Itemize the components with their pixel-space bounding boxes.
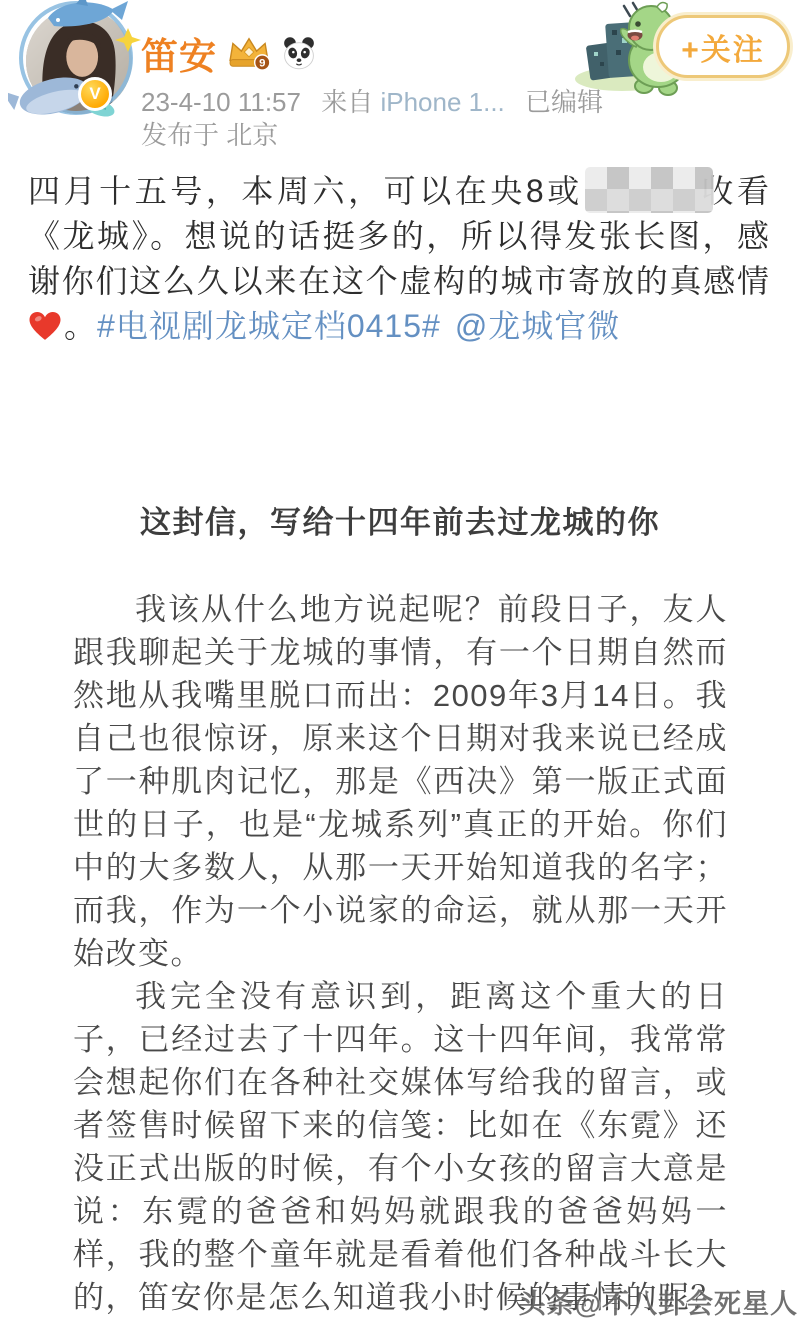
letter-body: 我该从什么地方说起呢？前段日子，友人跟我聊起关于龙城的事情，有一个日期自然而然地… <box>73 588 728 1319</box>
hashtag-link[interactable]: #电视剧龙城定档0415# <box>97 308 441 344</box>
vip-crown-icon: 9 <box>226 35 272 71</box>
letter-paragraph: 我完全没有意识到，距离这个重大的日子，已经过去了十四年。这十四年间，我常常会想起… <box>73 975 728 1319</box>
location-label: 发布于 北京 <box>141 115 278 152</box>
verified-letter: V <box>89 84 100 104</box>
letter-image[interactable]: 这封信，写给十四年前去过龙城的你 我该从什么地方说起呢？前段日子，友人跟我聊起关… <box>0 430 800 1327</box>
source-link[interactable]: iPhone 1... <box>380 87 504 117</box>
source-prefix: 来自 <box>321 87 373 117</box>
post-text-segment: 四月十五号，本周六，可以在央8或 <box>28 173 583 209</box>
letter-title: 这封信，写给十四年前去过龙城的你 <box>0 497 800 542</box>
post-period: 。 <box>64 308 97 344</box>
follow-button[interactable]: +关注 <box>656 15 790 78</box>
mention-link[interactable]: @龙城官微 <box>455 308 621 344</box>
panda-emoji-icon <box>281 35 317 71</box>
username-row: 笛安 9 <box>141 26 317 80</box>
red-heart-icon <box>28 309 62 354</box>
verified-badge: V <box>78 77 112 111</box>
watermark: 头条@不八卦会死星人 <box>519 1282 798 1321</box>
weibo-post-screen: V 笛安 9 <box>0 0 800 1327</box>
post-meta: 23-4-10 11:57 来自 iPhone 1... 已编辑 <box>141 82 603 119</box>
vip-level-number: 9 <box>259 58 265 70</box>
timestamp: 23-4-10 11:57 <box>141 87 301 117</box>
username[interactable]: 笛安 <box>141 26 217 80</box>
follow-button-label: +关注 <box>681 25 765 69</box>
letter-paragraph: 我该从什么地方说起呢？前段日子，友人跟我聊起关于龙城的事情，有一个日期自然而然地… <box>73 588 728 975</box>
censored-mosaic <box>585 167 713 213</box>
post-text: 四月十五号，本周六，可以在央8或收看《龙城》。想说的话挺多的，所以得发张长图，感… <box>28 167 770 354</box>
